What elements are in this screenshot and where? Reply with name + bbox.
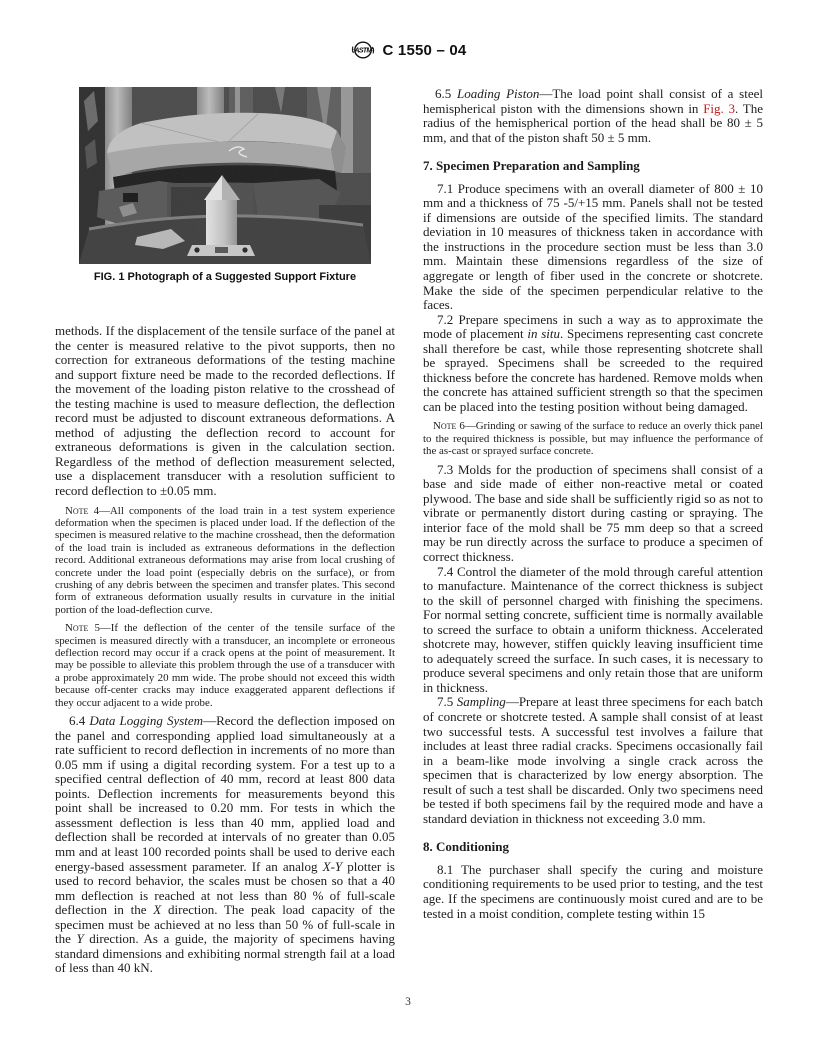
page-body: FIG. 1 Photograph of a Suggested Support… bbox=[55, 87, 763, 976]
note-5-label: Note 5 bbox=[65, 622, 100, 634]
svg-text:ASTM: ASTM bbox=[353, 46, 373, 55]
section-8-heading: 8. Conditioning bbox=[423, 840, 763, 855]
para-7-5-title: Sampling bbox=[457, 694, 506, 709]
para-7-4: 7.4 Control the diameter of the mold thr… bbox=[423, 565, 763, 696]
page-header: ASTM C 1550 – 04 bbox=[0, 40, 816, 60]
note-4: Note 4—All components of the load train … bbox=[55, 505, 395, 617]
note-4-label: Note 4 bbox=[65, 505, 99, 517]
note-5: Note 5—If the deflection of the center o… bbox=[55, 622, 395, 709]
astm-logo-icon: ASTM bbox=[350, 40, 376, 60]
para-7-1: 7.1 Produce specimens with an overall di… bbox=[423, 182, 763, 313]
figure-1-photo bbox=[79, 87, 371, 264]
para-6-5: 6.5 Loading Piston—The load point shall … bbox=[423, 87, 763, 145]
para-7-3: 7.3 Molds for the production of specimen… bbox=[423, 463, 763, 565]
page-number: 3 bbox=[0, 996, 816, 1008]
right-column: 6.5 Loading Piston—The load point shall … bbox=[423, 87, 763, 976]
para-continuation: methods. If the displacement of the tens… bbox=[55, 324, 395, 499]
fig-3-reference-link[interactable]: Fig. 3 bbox=[703, 101, 735, 116]
para-7-5: 7.5 Sampling—Prepare at least three spec… bbox=[423, 695, 763, 826]
para-6-4-title: Data Logging System bbox=[89, 713, 203, 728]
left-column: FIG. 1 Photograph of a Suggested Support… bbox=[55, 87, 395, 976]
note-6: Note 6—Grinding or sawing of the surface… bbox=[423, 420, 763, 457]
document-code: C 1550 – 04 bbox=[383, 42, 467, 59]
figure-1-caption: FIG. 1 Photograph of a Suggested Support… bbox=[55, 271, 395, 284]
note-6-label: Note 6 bbox=[433, 420, 465, 432]
para-6-4: 6.4 Data Logging System—Record the defle… bbox=[55, 714, 395, 976]
section-7-heading: 7. Specimen Preparation and Sampling bbox=[423, 159, 763, 174]
para-8-1: 8.1 The purchaser shall specify the curi… bbox=[423, 863, 763, 921]
para-6-5-title: Loading Piston bbox=[457, 86, 539, 101]
para-7-2: 7.2 Prepare specimens in such a way as t… bbox=[423, 313, 763, 415]
